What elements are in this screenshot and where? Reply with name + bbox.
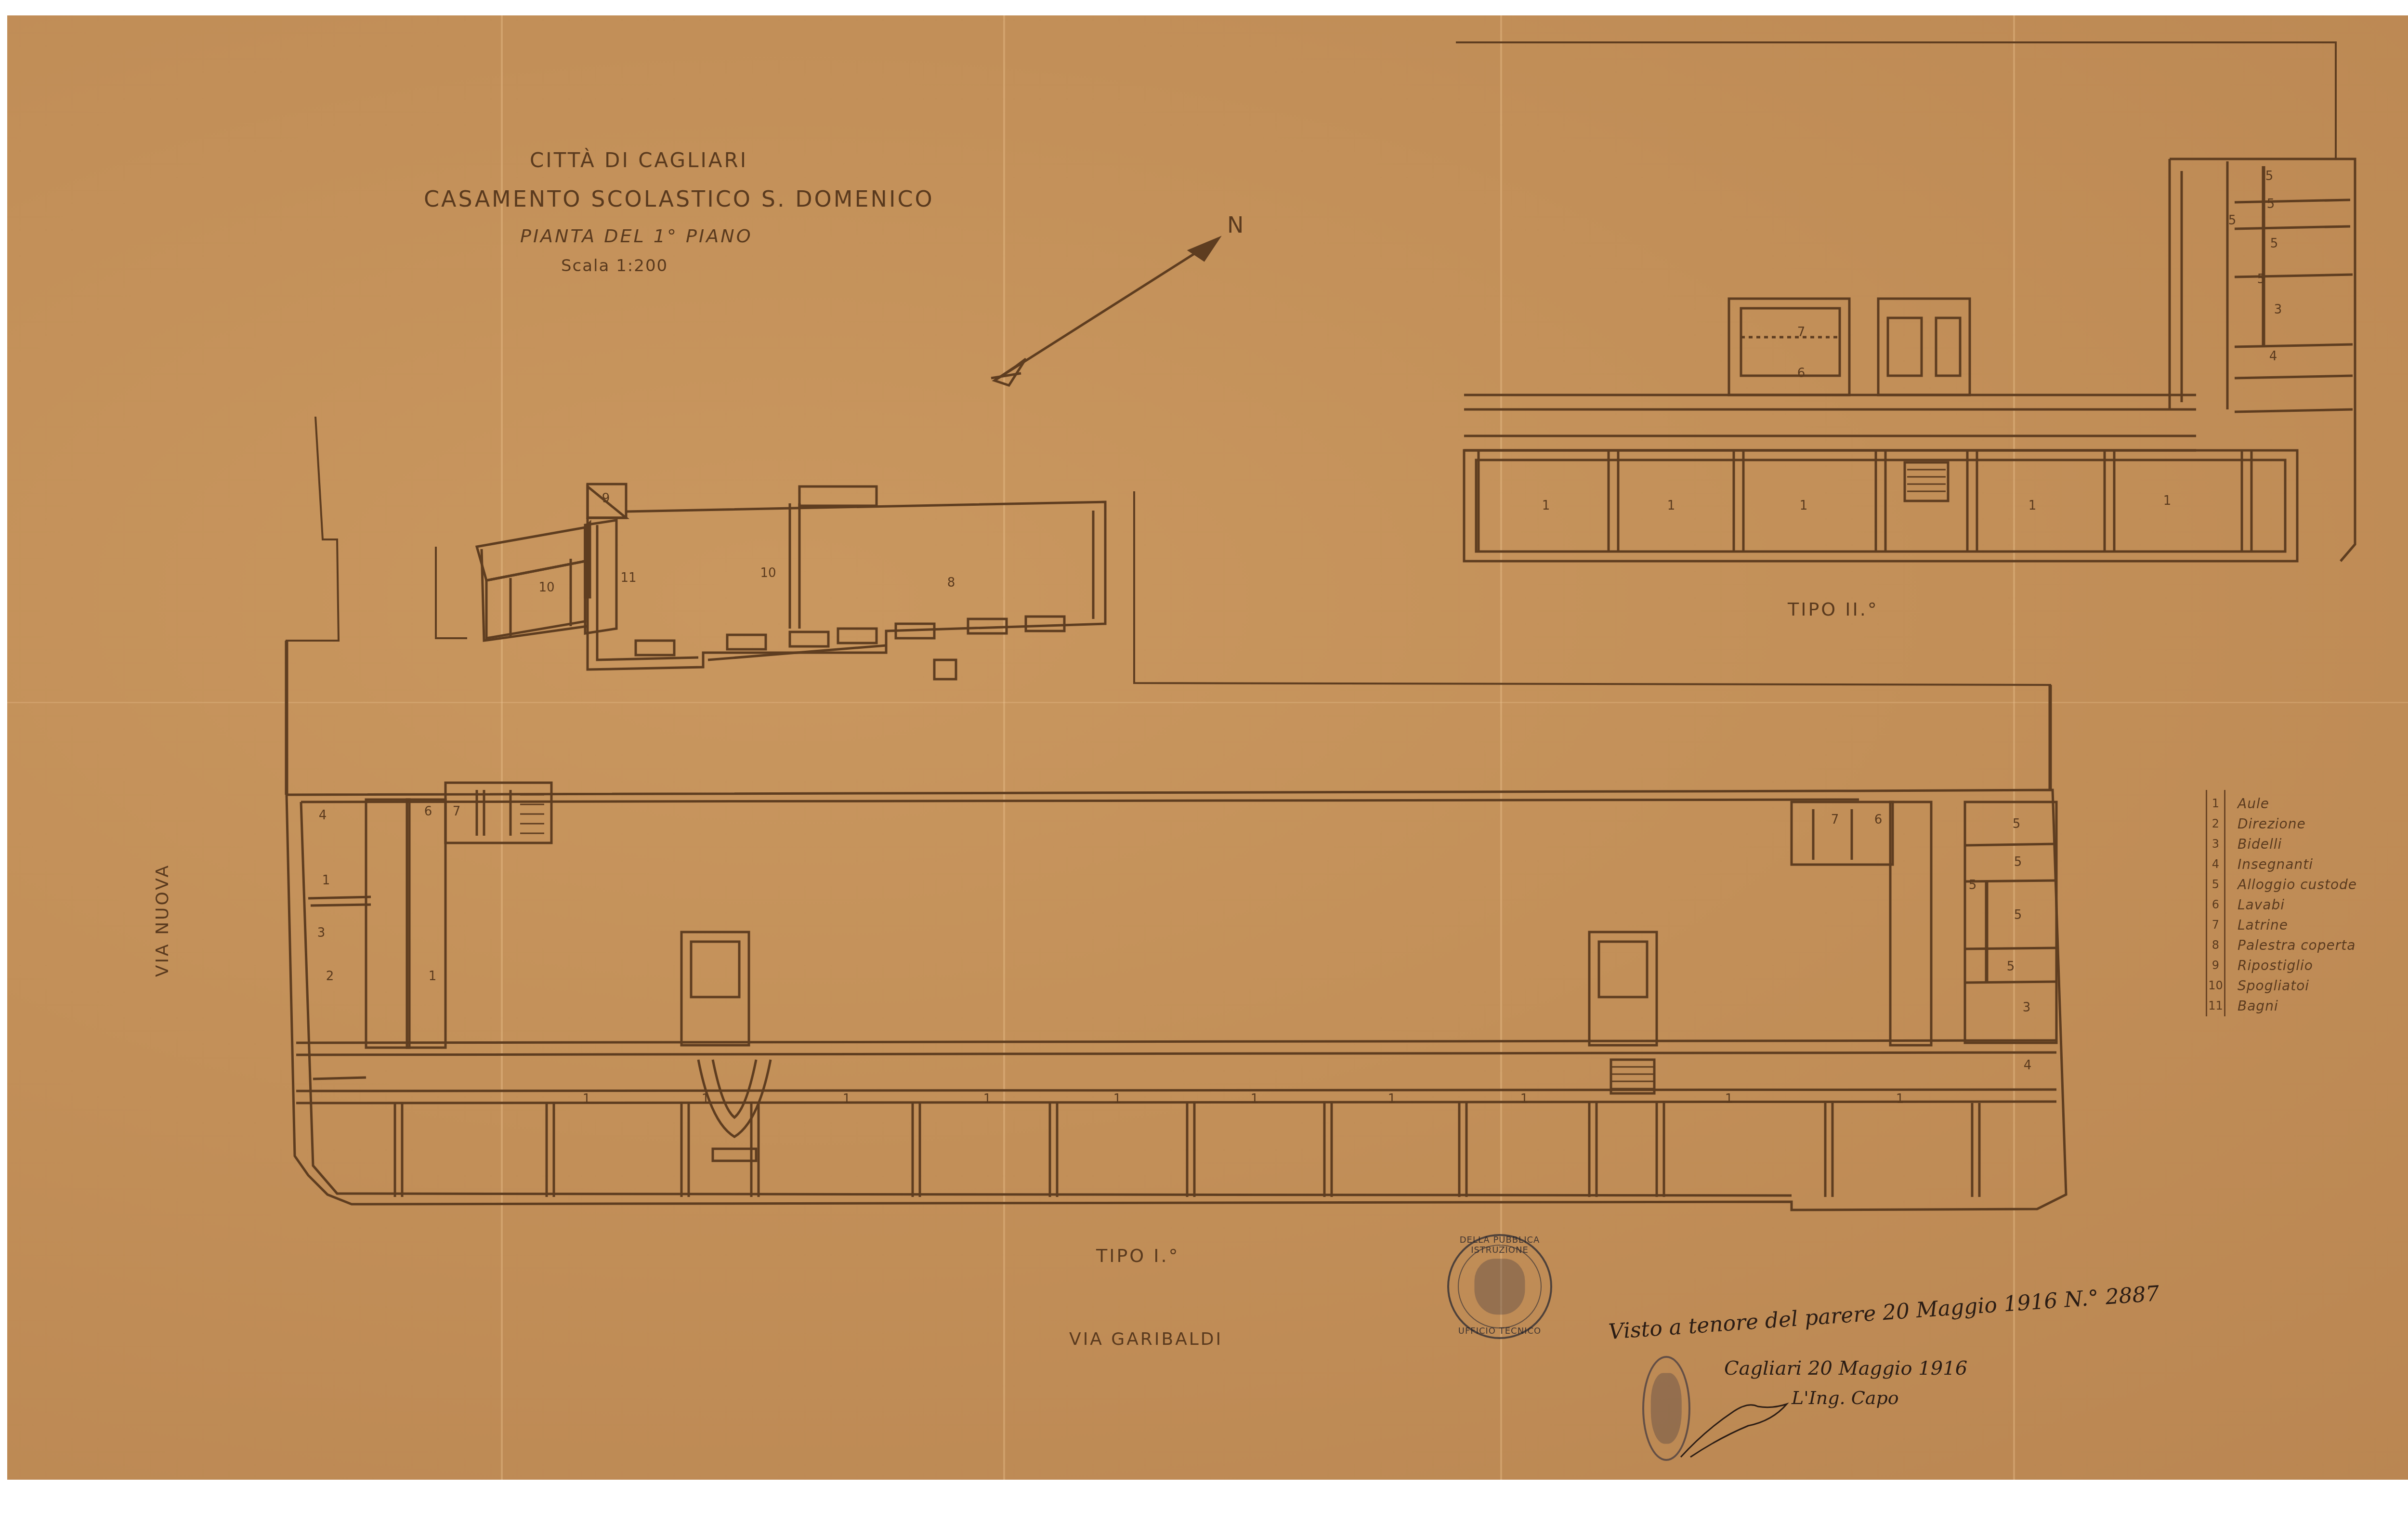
legend-item: 1Aule: [2207, 794, 2269, 813]
room-number: 3: [2274, 302, 2282, 317]
stamp-text-top: DELLA PUBBLICA ISTRUZIONE: [1449, 1235, 1550, 1255]
room-number: 5: [1969, 878, 1977, 893]
room-number: 7: [1797, 325, 1806, 340]
room-number: 4: [2024, 1058, 2032, 1073]
room-number: 6: [424, 804, 432, 819]
legend-item: 5Alloggio custode: [2207, 875, 2357, 894]
room-number: 1: [702, 1092, 710, 1106]
room-number: 1: [429, 969, 437, 984]
room-number: 2: [326, 969, 334, 984]
stamp-text-bottom: UFFICIO TECNICO: [1449, 1326, 1550, 1336]
legend-item: 6Lavabi: [2207, 895, 2285, 914]
room-number: 5: [2228, 213, 2237, 228]
room-number: 10: [760, 566, 776, 580]
tipo-1-plan: [287, 641, 2066, 1210]
legend-item: 2Direzione: [2207, 814, 2306, 833]
coat-of-arms-icon: [1475, 1259, 1525, 1314]
room-number: 1: [322, 873, 330, 888]
legend-item: 10Spogliatoi: [2207, 976, 2309, 995]
legend-item: 9Ripostiglio: [2207, 956, 2313, 975]
legend-item: 11Bagni: [2207, 996, 2278, 1015]
tipo-2-label: TIPO II.°: [1788, 599, 1879, 620]
room-number: 5: [2014, 855, 2022, 869]
room-number: 8: [947, 576, 955, 590]
north-arrow-icon: [991, 238, 1218, 385]
official-stamp: DELLA PUBBLICA ISTRUZIONE UFFICIO TECNIC…: [1447, 1234, 1552, 1339]
room-number: 5: [2257, 272, 2265, 287]
room-number: 5: [2007, 959, 2015, 974]
room-number: 4: [2269, 349, 2277, 364]
title-plan: PIANTA DEL 1° PIANO: [520, 225, 753, 247]
approval-date: Cagliari 20 Maggio 1916: [1724, 1357, 1967, 1379]
gym-wing: [477, 484, 1105, 679]
room-number: 1: [1520, 1092, 1529, 1106]
room-number: 3: [317, 926, 326, 940]
room-number: 4: [319, 808, 327, 823]
room-number: 7: [453, 804, 461, 819]
room-number: 1: [1800, 499, 1808, 513]
room-number: 5: [2265, 169, 2274, 184]
scale-label: Scala 1:200: [561, 256, 668, 276]
room-number: 1: [1388, 1092, 1396, 1106]
tipo-2-plan: [1464, 159, 2355, 561]
room-number: 1: [1896, 1092, 1904, 1106]
room-legend: 1Aule 2Direzione 3Bidelli 4Insegnanti 5A…: [2206, 790, 2332, 1016]
room-number: 11: [620, 571, 636, 585]
room-number: 9: [602, 491, 610, 506]
room-number: 6: [1874, 813, 1883, 827]
room-number: 7: [1831, 813, 1839, 827]
room-number: 6: [1797, 366, 1806, 381]
room-number: 1: [1667, 499, 1675, 513]
room-number: 1: [983, 1092, 992, 1106]
legend-item: 4Insegnanti: [2207, 854, 2313, 874]
north-label: N: [1227, 212, 1245, 238]
room-number: 10: [538, 580, 554, 595]
room-number: 1: [1542, 499, 1550, 513]
legend-item: 8Palestra coperta: [2207, 935, 2356, 955]
legend-item: 7Latrine: [2207, 915, 2288, 934]
room-number: 5: [2013, 817, 2021, 831]
room-number: 5: [2014, 908, 2022, 922]
room-number: 5: [2270, 236, 2278, 251]
room-number: 1: [1113, 1092, 1122, 1106]
room-number: 1: [843, 1092, 851, 1106]
title-city: CITTÀ DI CAGLIARI: [530, 148, 748, 172]
street-label-via-garibaldi: VIA GARIBALDI: [1069, 1329, 1223, 1349]
room-number: 1: [1725, 1092, 1733, 1106]
signature: [1676, 1392, 1801, 1459]
room-number: 3: [2023, 1000, 2031, 1015]
room-number: 1: [2163, 494, 2172, 508]
room-number: 1: [583, 1092, 591, 1106]
title-building: CASAMENTO SCOLASTICO S. DOMENICO: [424, 186, 934, 212]
legend-item: 3Bidelli: [2207, 834, 2282, 854]
tipo-1-label: TIPO I.°: [1096, 1245, 1180, 1266]
room-number: 1: [2028, 499, 2037, 513]
room-number: 5: [2267, 197, 2275, 211]
street-label-via-nuova: VIA NUOVA: [153, 864, 172, 977]
approval-signatory: L'Ing. Capo: [1792, 1387, 1899, 1408]
room-number: 1: [1251, 1092, 1259, 1106]
